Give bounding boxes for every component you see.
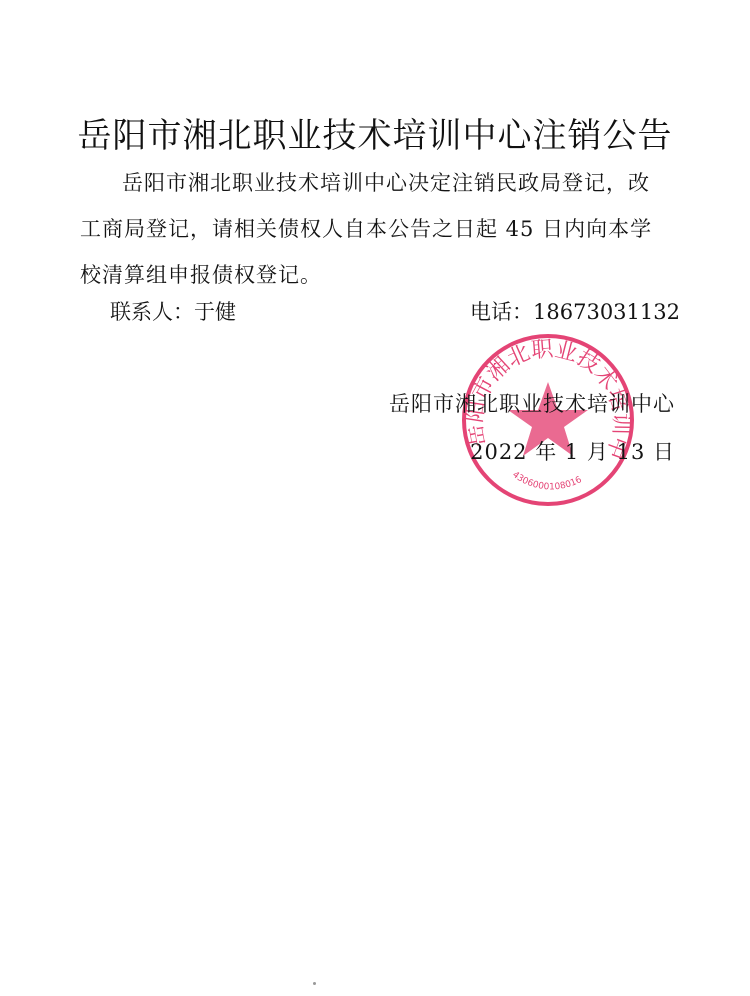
svg-text:4306000108016: 4306000108016 xyxy=(510,470,584,492)
contact-person-name: 于健 xyxy=(194,300,236,324)
body-paragraph: 岳阳市湘北职业技术培训中心决定注销民政局登记，改 工商局登记，请相关债权人自本公… xyxy=(80,160,680,298)
contact-person: 联系人：于健 xyxy=(110,296,236,326)
seal-code: 4306000108016 xyxy=(510,470,584,492)
signature-organization: 岳阳市湘北职业技术培训中心 xyxy=(389,388,675,418)
contact-phone: 电话：18673031132 xyxy=(470,296,680,326)
contact-phone-label: 电话： xyxy=(470,300,533,324)
contact-row: 联系人：于健 电话：18673031132 xyxy=(110,296,680,326)
body-line-1: 岳阳市湘北职业技术培训中心决定注销民政局登记，改 xyxy=(80,160,680,206)
signature-date: 2022 年 1 月 13 日 xyxy=(470,436,675,466)
contact-phone-number: 18673031132 xyxy=(533,300,680,324)
document-title: 岳阳市湘北职业技术培训中心注销公告 xyxy=(0,108,750,157)
body-line-2: 工商局登记，请相关债权人自本公告之日起 45 日内向本学 xyxy=(80,206,680,252)
contact-person-label: 联系人： xyxy=(110,300,194,324)
body-line-3: 校清算组申报债权登记。 xyxy=(80,252,680,298)
scan-speck xyxy=(313,982,316,985)
official-seal-icon: 岳阳市湘北职业技术培训中心 4306000108016 xyxy=(458,330,638,510)
